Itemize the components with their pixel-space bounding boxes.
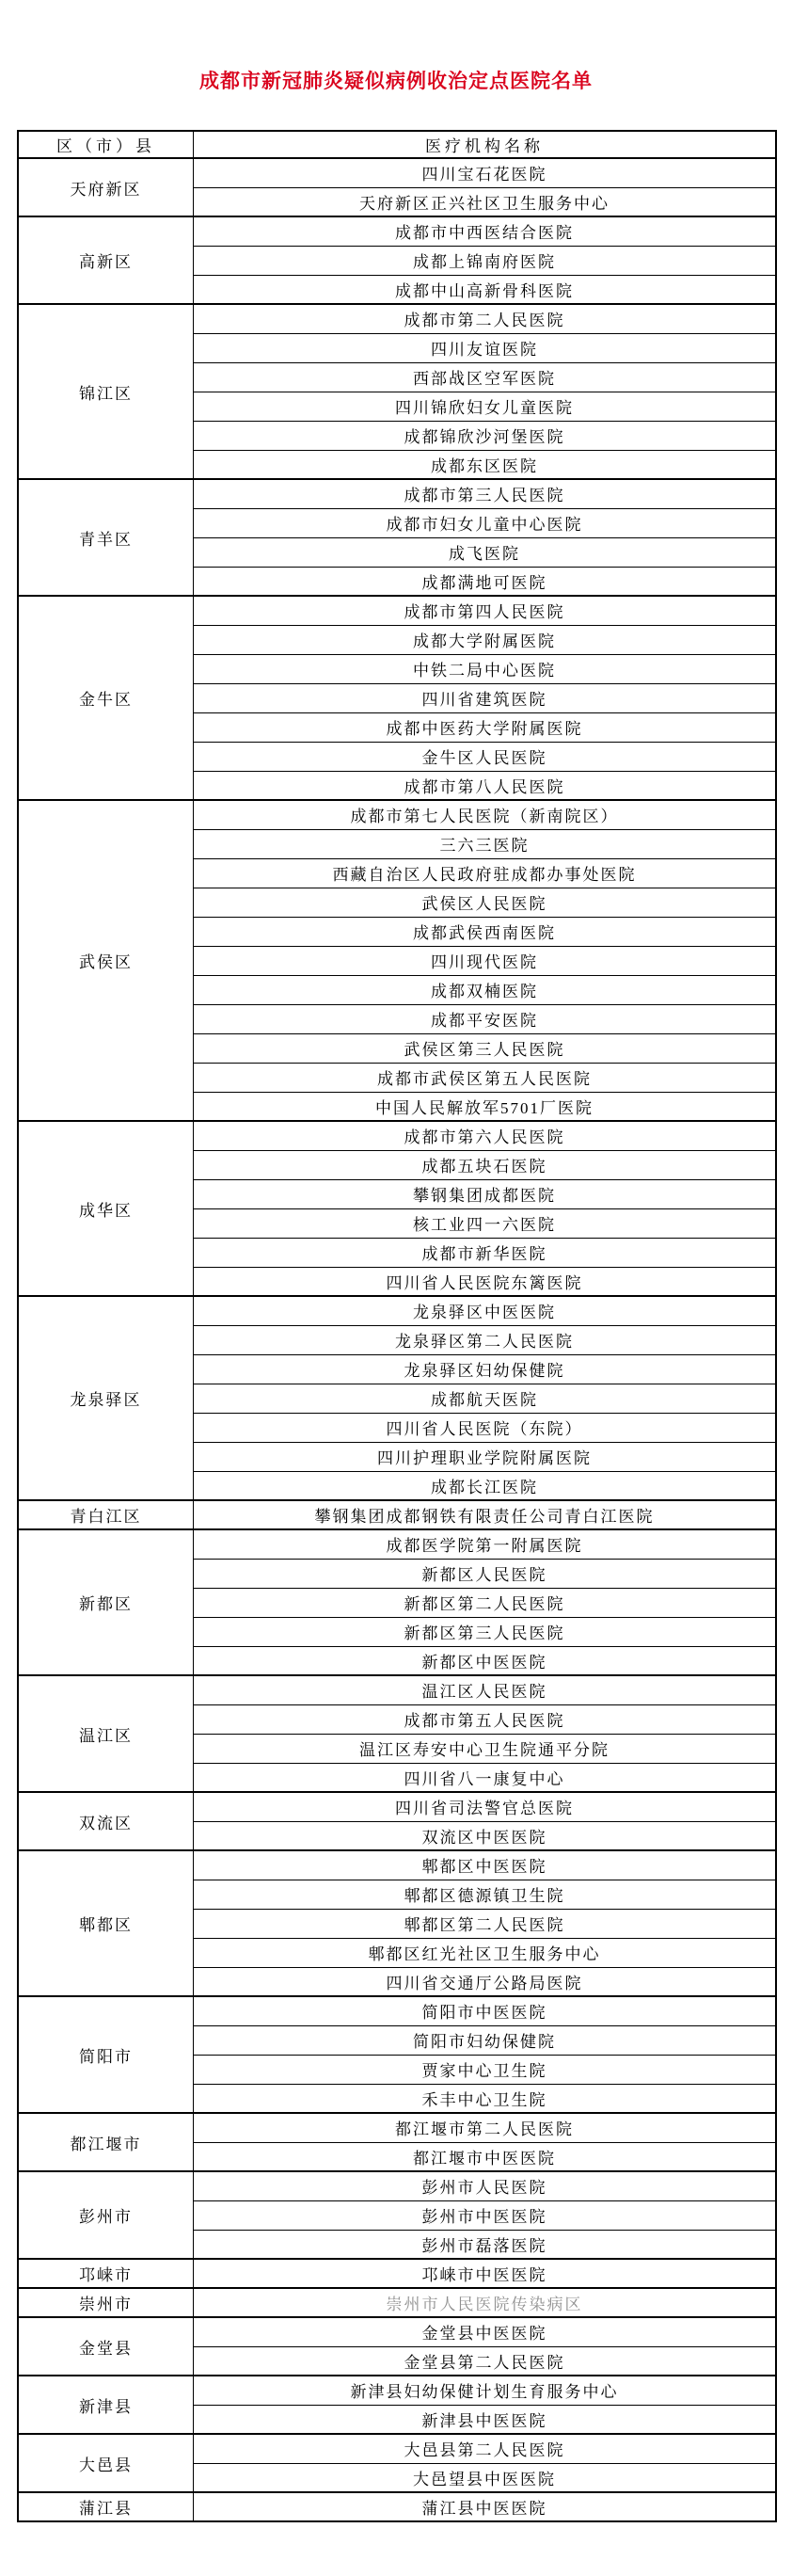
hospital-cell: 邛崃市中医医院 — [194, 2259, 777, 2288]
district-cell: 邛崃市 — [18, 2259, 194, 2288]
hospital-cell: 成都市妇女儿童中心医院 — [194, 508, 777, 537]
table-row: 锦江区成都市第二人民医院 — [18, 304, 776, 333]
hospital-cell: 成都满地可医院 — [194, 567, 777, 596]
header-row: 区（市）县 医疗机构名称 — [18, 131, 776, 158]
hospital-cell: 成都市第八人民医院 — [194, 771, 777, 800]
hospital-cell: 成都市新华医院 — [194, 1238, 777, 1267]
hospital-cell: 简阳市中医医院 — [194, 1996, 777, 2025]
hospital-cell: 四川护理职业学院附属医院 — [194, 1442, 777, 1471]
hospital-cell: 成都医学院第一附属医院 — [194, 1529, 777, 1559]
hospital-cell: 都江堰市中医医院 — [194, 2142, 777, 2171]
hospital-cell: 四川省人民医院东篱医院 — [194, 1267, 777, 1296]
table-row: 青羊区成都市第三人民医院 — [18, 479, 776, 508]
hospital-cell: 西藏自治区人民政府驻成都办事处医院 — [194, 858, 777, 888]
hospital-cell: 成都武侯西南医院 — [194, 917, 777, 946]
hospital-cell: 新都区第二人民医院 — [194, 1588, 777, 1617]
hospital-cell: 成都市第六人民医院 — [194, 1121, 777, 1150]
hospital-cell: 郫都区红光社区卫生服务中心 — [194, 1938, 777, 1967]
hospital-cell: 攀钢集团成都医院 — [194, 1179, 777, 1208]
hospital-cell: 成都长江医院 — [194, 1471, 777, 1500]
hospital-cell: 四川省司法警官总医院 — [194, 1792, 777, 1821]
hospital-cell: 彭州市人民医院 — [194, 2171, 777, 2200]
column-header-hospital: 医疗机构名称 — [194, 131, 777, 158]
district-cell: 双流区 — [18, 1792, 194, 1850]
hospital-cell: 四川省建筑医院 — [194, 683, 777, 712]
district-cell: 龙泉驿区 — [18, 1296, 194, 1500]
district-cell: 青白江区 — [18, 1500, 194, 1529]
hospital-cell: 核工业四一六医院 — [194, 1208, 777, 1238]
table-row: 成华区成都市第六人民医院 — [18, 1121, 776, 1150]
hospital-cell: 简阳市妇幼保健院 — [194, 2025, 777, 2055]
district-cell: 锦江区 — [18, 304, 194, 479]
table-row: 武侯区成都市第七人民医院（新南院区） — [18, 800, 776, 829]
hospital-cell: 四川省交通厅公路局医院 — [194, 1967, 777, 1996]
hospital-cell: 成都市第二人民医院 — [194, 304, 777, 333]
table-row: 大邑县大邑县第二人民医院 — [18, 2434, 776, 2463]
hospital-cell: 龙泉驿区妇幼保健院 — [194, 1354, 777, 1384]
hospital-cell: 郫都区德源镇卫生院 — [194, 1880, 777, 1909]
district-cell: 青羊区 — [18, 479, 194, 596]
hospital-cell: 金堂县第二人民医院 — [194, 2346, 777, 2376]
hospital-table: 区（市）县 医疗机构名称 天府新区四川宝石花医院天府新区正兴社区卫生服务中心高新… — [17, 130, 777, 2522]
table-row: 邛崃市邛崃市中医医院 — [18, 2259, 776, 2288]
table-row: 郫都区郫都区中医医院 — [18, 1850, 776, 1880]
hospital-cell: 崇州市人民医院传染病区 — [194, 2288, 777, 2317]
hospital-cell: 四川现代医院 — [194, 946, 777, 975]
hospital-cell: 四川友谊医院 — [194, 333, 777, 362]
hospital-cell: 新都区中医医院 — [194, 1646, 777, 1675]
column-header-district: 区（市）县 — [18, 131, 194, 158]
hospital-cell: 新都区第三人民医院 — [194, 1617, 777, 1646]
hospital-cell: 贾家中心卫生院 — [194, 2055, 777, 2084]
table-row: 高新区成都市中西医结合医院 — [18, 216, 776, 246]
district-cell: 天府新区 — [18, 158, 194, 216]
hospital-cell: 成都中医药大学附属医院 — [194, 712, 777, 742]
hospital-cell: 大邑县第二人民医院 — [194, 2434, 777, 2463]
district-cell: 新津县 — [18, 2376, 194, 2434]
table-row: 金牛区成都市第四人民医院 — [18, 596, 776, 625]
hospital-cell: 攀钢集团成都钢铁有限责任公司青白江医院 — [194, 1500, 777, 1529]
hospital-cell: 蒲江县中医医院 — [194, 2492, 777, 2521]
district-cell: 蒲江县 — [18, 2492, 194, 2521]
district-cell: 武侯区 — [18, 800, 194, 1121]
district-cell: 崇州市 — [18, 2288, 194, 2317]
hospital-cell: 成都五块石医院 — [194, 1150, 777, 1179]
district-cell: 大邑县 — [18, 2434, 194, 2492]
district-cell: 简阳市 — [18, 1996, 194, 2113]
district-cell: 成华区 — [18, 1121, 194, 1296]
table-header: 区（市）县 医疗机构名称 — [18, 131, 776, 158]
table-row: 都江堰市都江堰市第二人民医院 — [18, 2113, 776, 2142]
hospital-cell: 成都中山高新骨科医院 — [194, 275, 777, 304]
hospital-cell: 新都区人民医院 — [194, 1559, 777, 1588]
hospital-cell: 龙泉驿区第二人民医院 — [194, 1325, 777, 1354]
hospital-cell: 成都市武侯区第五人民医院 — [194, 1063, 777, 1092]
district-cell: 都江堰市 — [18, 2113, 194, 2171]
hospital-cell: 武侯区第三人民医院 — [194, 1033, 777, 1063]
table-row: 彭州市彭州市人民医院 — [18, 2171, 776, 2200]
hospital-cell: 金堂县中医医院 — [194, 2317, 777, 2346]
hospital-cell: 金牛区人民医院 — [194, 742, 777, 771]
hospital-cell: 中国人民解放军5701厂医院 — [194, 1092, 777, 1121]
hospital-cell: 都江堰市第二人民医院 — [194, 2113, 777, 2142]
hospital-cell: 彭州市磊落医院 — [194, 2230, 777, 2259]
hospital-cell: 新津县妇幼保健计划生育服务中心 — [194, 2376, 777, 2405]
hospital-cell: 天府新区正兴社区卫生服务中心 — [194, 187, 777, 216]
hospital-cell: 成飞医院 — [194, 537, 777, 567]
table-row: 新都区成都医学院第一附属医院 — [18, 1529, 776, 1559]
hospital-cell: 成都市第四人民医院 — [194, 596, 777, 625]
hospital-cell: 四川省八一康复中心 — [194, 1763, 777, 1792]
hospital-cell: 新津县中医医院 — [194, 2405, 777, 2434]
district-cell: 新都区 — [18, 1529, 194, 1675]
hospital-cell: 龙泉驿区中医医院 — [194, 1296, 777, 1325]
hospital-cell: 四川省人民医院（东院） — [194, 1413, 777, 1442]
hospital-cell: 成都上锦南府医院 — [194, 246, 777, 275]
hospital-cell: 成都锦欣沙河堡医院 — [194, 421, 777, 450]
hospital-cell: 四川宝石花医院 — [194, 158, 777, 187]
hospital-cell: 成都东区医院 — [194, 450, 777, 479]
hospital-cell: 彭州市中医医院 — [194, 2200, 777, 2230]
table-body: 天府新区四川宝石花医院天府新区正兴社区卫生服务中心高新区成都市中西医结合医院成都… — [18, 158, 776, 2521]
table-row: 简阳市简阳市中医医院 — [18, 1996, 776, 2025]
hospital-cell: 大邑望县中医医院 — [194, 2463, 777, 2492]
table-row: 金堂县金堂县中医医院 — [18, 2317, 776, 2346]
hospital-cell: 三六三医院 — [194, 829, 777, 858]
district-cell: 金堂县 — [18, 2317, 194, 2376]
hospital-cell: 成都大学附属医院 — [194, 625, 777, 654]
table-row: 龙泉驿区龙泉驿区中医医院 — [18, 1296, 776, 1325]
hospital-cell: 中铁二局中心医院 — [194, 654, 777, 683]
page-title: 成都市新冠肺炎疑似病例收治定点医院名单 — [0, 69, 792, 93]
table-row: 温江区温江区人民医院 — [18, 1675, 776, 1704]
hospital-cell: 郫都区第二人民医院 — [194, 1909, 777, 1938]
table-row: 蒲江县蒲江县中医医院 — [18, 2492, 776, 2521]
district-cell: 高新区 — [18, 216, 194, 304]
table-row: 青白江区攀钢集团成都钢铁有限责任公司青白江医院 — [18, 1500, 776, 1529]
hospital-cell: 成都市中西医结合医院 — [194, 216, 777, 246]
hospital-cell: 四川锦欣妇女儿童医院 — [194, 392, 777, 421]
district-cell: 郫都区 — [18, 1850, 194, 1996]
district-cell: 金牛区 — [18, 596, 194, 800]
hospital-cell: 武侯区人民医院 — [194, 888, 777, 917]
table-row: 新津县新津县妇幼保健计划生育服务中心 — [18, 2376, 776, 2405]
district-cell: 彭州市 — [18, 2171, 194, 2259]
hospital-cell: 成都市第三人民医院 — [194, 479, 777, 508]
hospital-cell: 成都平安医院 — [194, 1004, 777, 1033]
hospital-cell: 温江区寿安中心卫生院通平分院 — [194, 1734, 777, 1763]
hospital-cell: 双流区中医医院 — [194, 1821, 777, 1850]
district-cell: 温江区 — [18, 1675, 194, 1792]
hospital-cell: 成都市第五人民医院 — [194, 1704, 777, 1734]
hospital-cell: 西部战区空军医院 — [194, 362, 777, 392]
hospital-cell: 温江区人民医院 — [194, 1675, 777, 1704]
hospital-cell: 成都双楠医院 — [194, 975, 777, 1004]
table-row: 双流区四川省司法警官总医院 — [18, 1792, 776, 1821]
hospital-cell: 成都市第七人民医院（新南院区） — [194, 800, 777, 829]
hospital-cell: 成都航天医院 — [194, 1384, 777, 1413]
table-row: 崇州市崇州市人民医院传染病区 — [18, 2288, 776, 2317]
hospital-cell: 禾丰中心卫生院 — [194, 2084, 777, 2113]
hospital-cell: 郫都区中医医院 — [194, 1850, 777, 1880]
table-row: 天府新区四川宝石花医院 — [18, 158, 776, 187]
